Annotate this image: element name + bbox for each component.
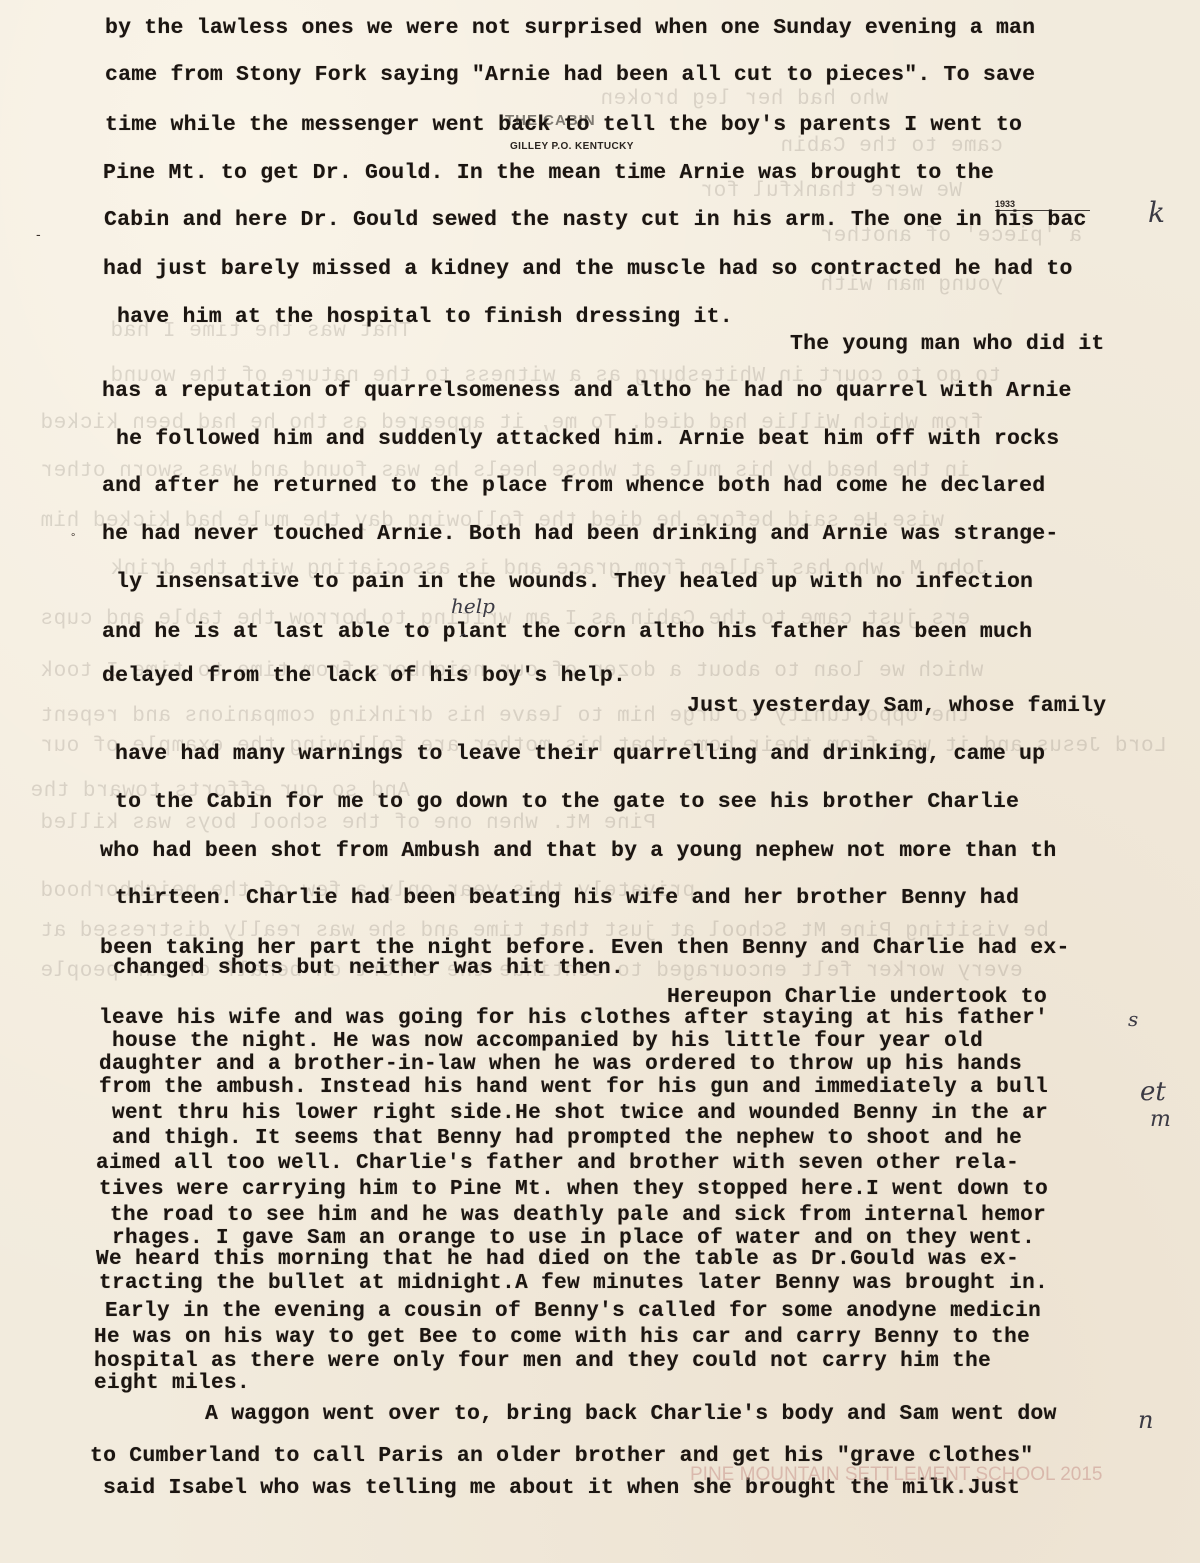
archive-watermark: PINE MOUNTAIN SETTLEMENT SCHOOL 2015 <box>690 1464 1102 1486</box>
letter-line: from the ambush. Instead his hand went f… <box>99 1076 1048 1099</box>
bleed-through-text: Pine Mt. when one of the school boys was… <box>40 812 656 835</box>
letter-line: A waggon went over to, bring back Charli… <box>205 1402 1057 1426</box>
letter-line: have had many warnings to leave their qu… <box>115 742 1045 766</box>
margin-mark: ∘ <box>70 530 76 541</box>
handwritten-correction: n <box>1138 1406 1153 1434</box>
letter-line: have him at the hospital to finish dress… <box>117 305 733 329</box>
letter-line: tracting the bullet at midnight.A few mi… <box>99 1272 1048 1295</box>
bleed-through-text: who had her leg broken <box>600 88 888 111</box>
letter-line: house the night. He was now accompanied … <box>112 1030 983 1053</box>
handwritten-correction: k <box>1148 196 1165 229</box>
handwritten-correction: m <box>1150 1107 1171 1132</box>
letter-line: the road to see him and he was deathly p… <box>110 1204 1046 1227</box>
letter-line: We heard this morning that he had died o… <box>96 1248 1019 1271</box>
letter-line: has a reputation of quarrelsomeness and … <box>102 379 1072 403</box>
letter-line: time while the messenger went back to te… <box>105 113 1022 137</box>
letter-line: leave his wife and was going for his clo… <box>99 1007 1048 1030</box>
letter-line: tives were carrying him to Pine Mt. when… <box>99 1178 1048 1201</box>
letter-line: delayed from the lack of his boy's help. <box>102 664 626 688</box>
letter-line: went thru his lower right side.He shot t… <box>112 1102 1048 1125</box>
letter-line: ly insensative to pain in the wounds. Th… <box>116 570 1033 594</box>
letter-line: eight miles. <box>94 1372 250 1395</box>
letter-line: and after he returned to the place from … <box>102 474 1045 498</box>
letter-line: and he is at last able to plant the corn… <box>102 620 1032 644</box>
bleed-through-text: came to the Cabin <box>780 135 1003 158</box>
letter-line: Cabin and here Dr. Gould sewed the nasty… <box>104 208 1087 232</box>
handwritten-insertion: help <box>451 594 495 618</box>
letter-line: The young man who did it <box>790 332 1104 356</box>
letter-line: He was on his way to get Bee to come wit… <box>94 1326 1030 1349</box>
letter-line: Early in the evening a cousin of Benny's… <box>105 1300 1041 1323</box>
letter-line: daughter and a brother-in-law when he wa… <box>99 1053 1022 1076</box>
handwritten-correction: et <box>1140 1077 1166 1107</box>
letter-line: Just yesterday Sam, whose family <box>687 694 1106 718</box>
letter-line: by the lawless ones we were not surprise… <box>105 16 1035 40</box>
letter-line: had just barely missed a kidney and the … <box>103 257 1073 281</box>
letter-line: changed shots but neither was hit then. <box>113 956 624 980</box>
letterhead-address: GILLEY P.O. KENTUCKY <box>510 141 634 152</box>
margin-mark: - <box>36 226 41 242</box>
handwritten-correction: s <box>1128 1007 1138 1031</box>
letter-line: came from Stony Fork saying "Arnie had b… <box>105 63 1035 87</box>
letter-line: who had been shot from Ambush and that b… <box>100 839 1056 863</box>
letter-line: aimed all too well. Charlie's father and… <box>96 1152 1019 1175</box>
caret-insertion-mark: ^ <box>458 632 469 647</box>
letter-line: rhages. I gave Sam an orange to use in p… <box>112 1227 1035 1250</box>
letter-line: he had never touched Arnie. Both had bee… <box>102 522 1058 546</box>
letter-line: thirteen. Charlie had been beating his w… <box>115 886 1019 910</box>
letter-line: and thigh. It seems that Benny had promp… <box>112 1127 1022 1150</box>
letter-line: Pine Mt. to get Dr. Gould. In the mean t… <box>103 161 994 185</box>
letter-page: who had her leg broken came to the Cabin… <box>0 0 1200 1563</box>
letter-line: he followed him and suddenly attacked hi… <box>116 427 1059 451</box>
letter-line: hospital as there were only four men and… <box>94 1350 991 1373</box>
letter-line: to the Cabin for me to go down to the ga… <box>115 790 1019 814</box>
letter-line: Hereupon Charlie undertook to <box>667 985 1047 1009</box>
